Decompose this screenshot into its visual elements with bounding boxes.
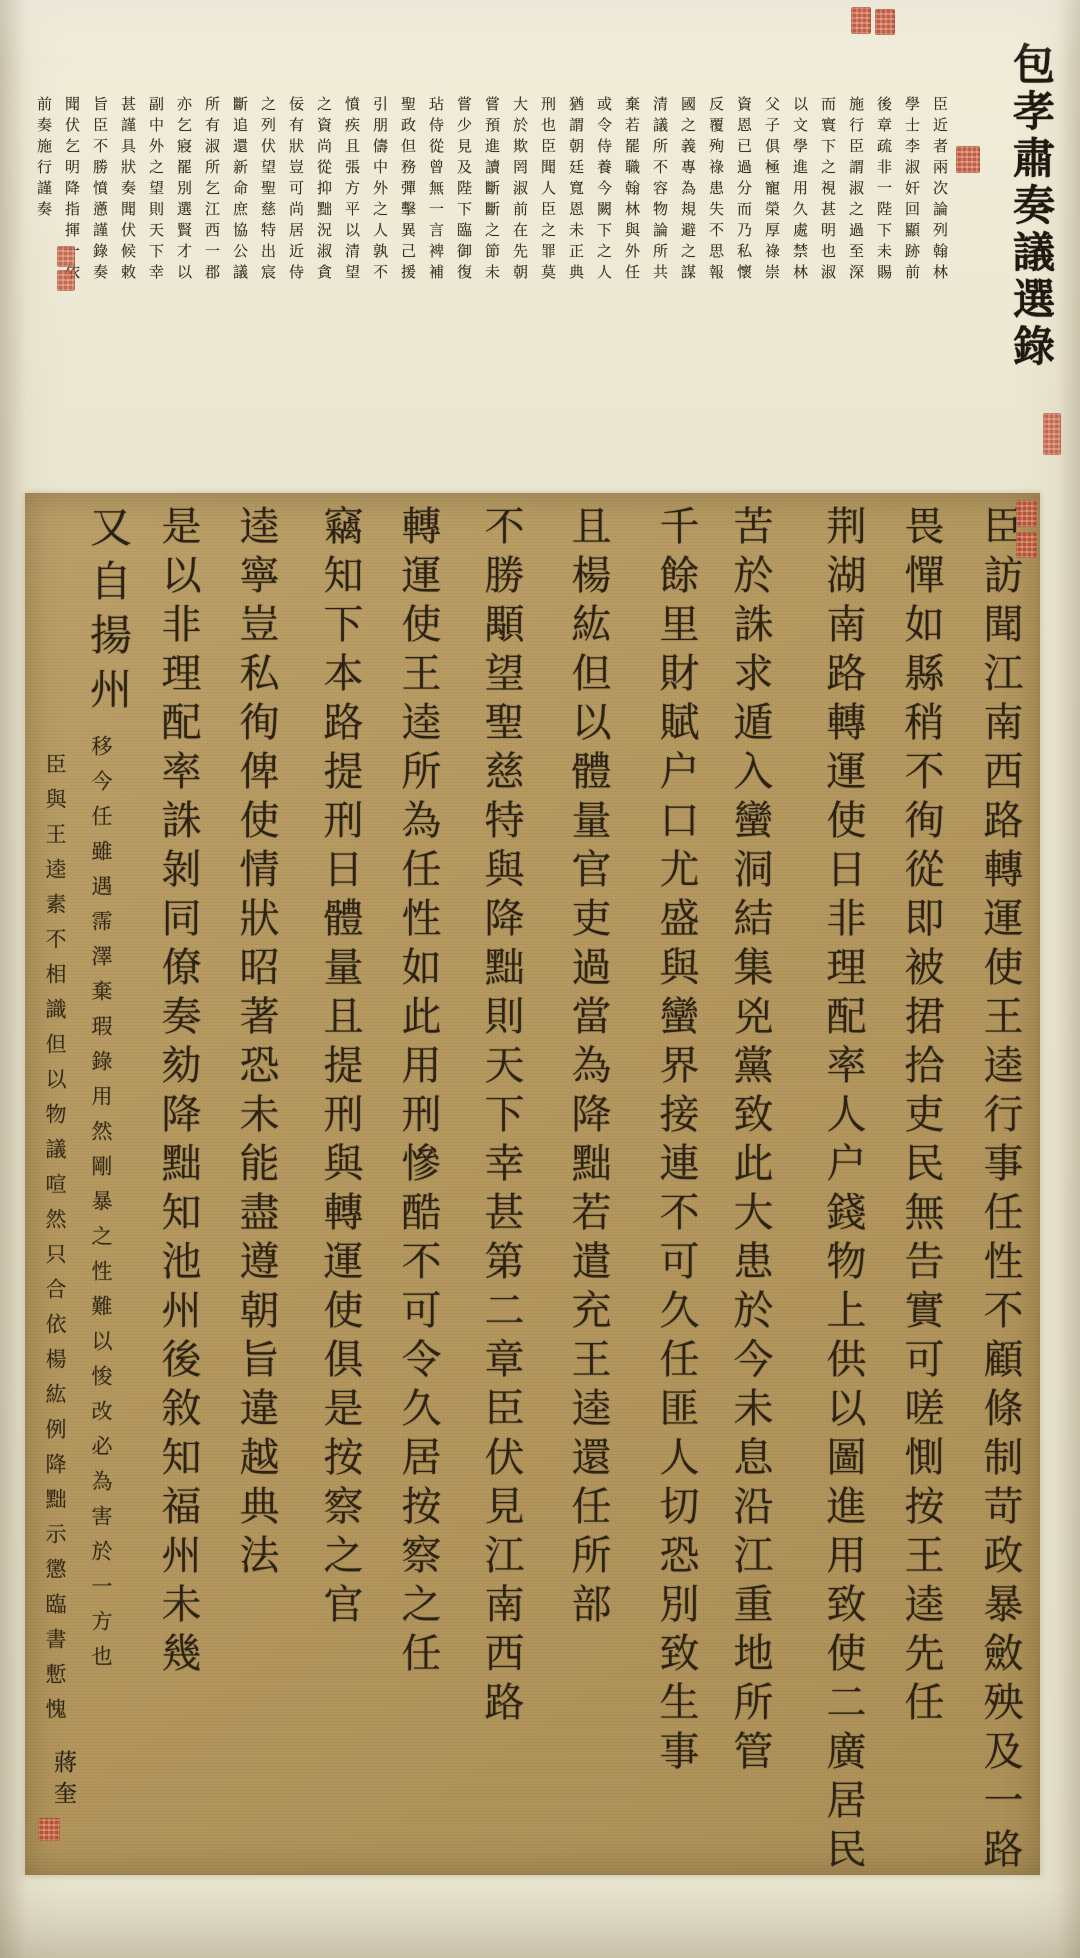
artist-signature: 蔣奎: [47, 1750, 80, 1820]
artist-seal-icon: [38, 1818, 60, 1841]
main-text-column: 竊知下本路提刑日體量且提刑與轉運使俱是按察之官: [312, 505, 369, 1875]
top-small-text-block: 臣近者兩次論列翰林 學士李淑奸回顯跡前 後章疏非一陛下未賜 施行臣謂淑之過至深 …: [28, 96, 954, 346]
collector-seal-icon: [851, 7, 871, 34]
main-text-column: 逵寧豈私徇俾使情狀昭著恐未能盡遵朝旨違越典法: [228, 505, 285, 1875]
collector-seal-icon: [956, 146, 980, 173]
main-text-column: 且楊紘但以體量官吏過當為降黜若遣充王逵還任所部: [560, 505, 617, 1875]
main-text-column: 轉運使王逵所為任性如此用刑慘酷不可令久居按察之任: [390, 505, 447, 1875]
collector-seal-icon: [1016, 500, 1037, 527]
calligraphy-scroll: 包孝肅奏議選錄 臣近者兩次論列翰林 學士李淑奸回顯跡前 後章疏非一陛下未賜 施行…: [0, 0, 1080, 1958]
scroll-title: 包孝肅奏議選錄: [1001, 42, 1061, 442]
main-text-column-short: 又自揚州: [78, 505, 138, 745]
collector-seal-icon: [57, 270, 75, 291]
main-text-column: 苦於誅求遁入蠻洞結集兇黨致此大患於今未息沿江重地所管: [722, 505, 779, 1875]
main-text-column: 臣訪聞江南西路轉運使王逵行事任性不顧條制苛政暴斂殃及一路: [972, 505, 1029, 1875]
collector-seal-icon: [1016, 532, 1037, 558]
colophon-column: 移今任雖遇霈澤棄瑕錄用然剛暴之性難以悛改必為害於一方也: [86, 735, 116, 1745]
main-text-column: 是以非理配率誅剝同僚奏劾降黜知池州後敘知福州未幾: [150, 505, 207, 1875]
colophon-column: 臣與王逵素不相識但以物議喧然只合依楊紘例降黜示懲臨書慙愧: [40, 753, 70, 1753]
collector-seal-icon: [1043, 413, 1061, 455]
main-text-column: 不勝顒望聖慈特與降黜則天下幸甚第二章臣伏見江南西路: [473, 505, 530, 1875]
main-text-column: 千餘里財賦户口尤盛與蠻界接連不可久任匪人切恐別致生事: [648, 505, 705, 1875]
main-text-column: 畏憚如縣稍不徇從即被捃拾吏民無告實可嗟惻按王逵先任: [893, 505, 950, 1875]
collector-seal-icon: [875, 9, 895, 35]
main-text-column: 荆湖南路轉運使日非理配率人户錢物上供以圖進用致使二廣居民: [815, 505, 872, 1875]
collector-seal-icon: [57, 246, 75, 267]
